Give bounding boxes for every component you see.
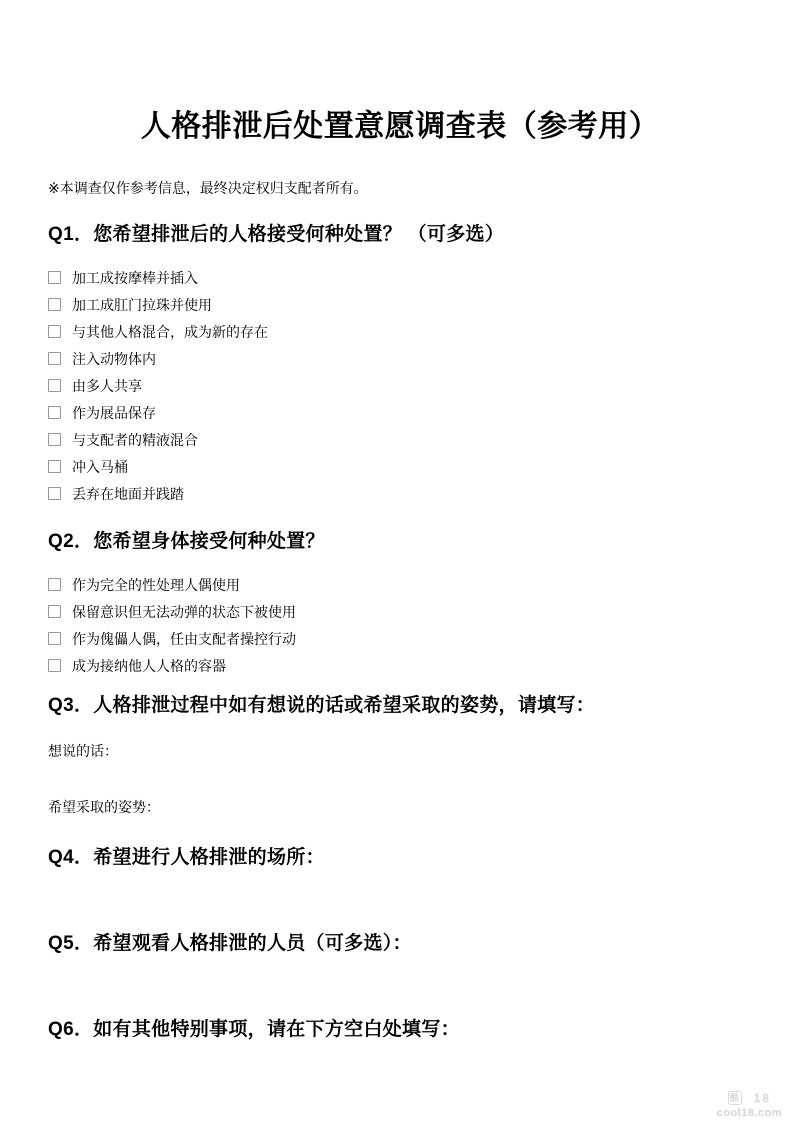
checkbox-icon[interactable]	[48, 325, 61, 338]
checkbox-label: 成为接纳他人人格的容器	[72, 656, 226, 676]
checkbox-option[interactable]: 加工成按摩棒并插入	[48, 264, 752, 291]
checkbox-label: 与其他人格混合，成为新的存在	[72, 322, 268, 342]
checkbox-option[interactable]: 成为接纳他人人格的容器	[48, 652, 752, 679]
checkbox-option[interactable]: 与支配者的精液混合	[48, 426, 752, 453]
question-q3-label: Q3．人格排泄过程中如有想说的话或希望采取的姿势，请填写：	[48, 693, 752, 719]
question-q4: Q4．希望进行人格排泄的场所：	[48, 845, 752, 871]
checkbox-icon[interactable]	[48, 352, 61, 365]
checkbox-label: 加工成按摩棒并插入	[72, 268, 198, 288]
checkbox-icon[interactable]	[48, 578, 61, 591]
checkbox-label: 加工成肛门拉珠并使用	[72, 295, 212, 315]
checkbox-label: 作为傀儡人偶，任由支配者操控行动	[72, 629, 296, 649]
checkbox-icon[interactable]	[48, 433, 61, 446]
checkbox-icon[interactable]	[48, 271, 61, 284]
question-q4-label: Q4．希望进行人格排泄的场所：	[48, 845, 752, 871]
q3-field-pose-label: 希望采取的姿势：	[48, 797, 752, 817]
checkbox-option[interactable]: 作为完全的性处理人偶使用	[48, 571, 752, 598]
checkbox-option[interactable]: 丢弃在地面并践踏	[48, 480, 752, 507]
checkbox-icon[interactable]	[48, 487, 61, 500]
checkbox-option[interactable]: 冲入马桶	[48, 453, 752, 480]
watermark-logo-icon: 酷	[728, 1091, 742, 1105]
question-q1: Q1．您希望排泄后的人格接受何种处置？ （可多选） 加工成按摩棒并插入加工成肛门…	[48, 222, 752, 507]
checkbox-option[interactable]: 加工成肛门拉珠并使用	[48, 291, 752, 318]
watermark-logo-row: 酷 18	[716, 1091, 782, 1105]
checkbox-label: 作为完全的性处理人偶使用	[72, 575, 240, 595]
question-q3: Q3．人格排泄过程中如有想说的话或希望采取的姿势，请填写： 想说的话： 希望采取…	[48, 693, 752, 817]
watermark-site-text: cool18.com	[716, 1107, 782, 1119]
checkbox-option[interactable]: 作为展品保存	[48, 399, 752, 426]
checkbox-icon[interactable]	[48, 632, 61, 645]
question-q5-label: Q5．希望观看人格排泄的人员（可多选）：	[48, 931, 752, 957]
question-q2: Q2．您希望身体接受何种处置？ 作为完全的性处理人偶使用保留意识但无法动弹的状态…	[48, 529, 752, 679]
watermark: 酷 18 cool18.com	[716, 1091, 782, 1119]
disclaimer-note: ※本调查仅作参考信息，最终决定权归支配者所有。	[48, 178, 752, 198]
watermark-number: 18	[754, 1091, 771, 1105]
question-q1-label: Q1．您希望排泄后的人格接受何种处置？ （可多选）	[48, 222, 752, 248]
page-title: 人格排泄后处置意愿调查表（参考用）	[48, 106, 752, 148]
checkbox-icon[interactable]	[48, 460, 61, 473]
checkbox-label: 保留意识但无法动弹的状态下被使用	[72, 602, 296, 622]
question-q6: Q6．如有其他特别事项，请在下方空白处填写：	[48, 1017, 752, 1043]
checkbox-option[interactable]: 注入动物体内	[48, 345, 752, 372]
question-q6-label: Q6．如有其他特别事项，请在下方空白处填写：	[48, 1017, 752, 1043]
checkbox-label: 由多人共享	[72, 376, 142, 396]
question-q2-options: 作为完全的性处理人偶使用保留意识但无法动弹的状态下被使用作为傀儡人偶，任由支配者…	[48, 571, 752, 679]
checkbox-label: 作为展品保存	[72, 403, 156, 423]
checkbox-icon[interactable]	[48, 406, 61, 419]
checkbox-option[interactable]: 作为傀儡人偶，任由支配者操控行动	[48, 625, 752, 652]
checkbox-label: 注入动物体内	[72, 349, 156, 369]
checkbox-label: 冲入马桶	[72, 457, 128, 477]
q3-field-say-label: 想说的话：	[48, 741, 752, 761]
checkbox-icon[interactable]	[48, 379, 61, 392]
checkbox-label: 与支配者的精液混合	[72, 430, 198, 450]
question-q5: Q5．希望观看人格排泄的人员（可多选）：	[48, 931, 752, 957]
checkbox-option[interactable]: 与其他人格混合，成为新的存在	[48, 318, 752, 345]
checkbox-label: 丢弃在地面并践踏	[72, 484, 184, 504]
question-q2-label: Q2．您希望身体接受何种处置？	[48, 529, 752, 555]
checkbox-option[interactable]: 由多人共享	[48, 372, 752, 399]
checkbox-option[interactable]: 保留意识但无法动弹的状态下被使用	[48, 598, 752, 625]
question-q1-options: 加工成按摩棒并插入加工成肛门拉珠并使用与其他人格混合，成为新的存在注入动物体内由…	[48, 264, 752, 507]
checkbox-icon[interactable]	[48, 605, 61, 618]
survey-document: 人格排泄后处置意愿调查表（参考用） ※本调查仅作参考信息，最终决定权归支配者所有…	[0, 0, 800, 1131]
checkbox-icon[interactable]	[48, 298, 61, 311]
checkbox-icon[interactable]	[48, 659, 61, 672]
